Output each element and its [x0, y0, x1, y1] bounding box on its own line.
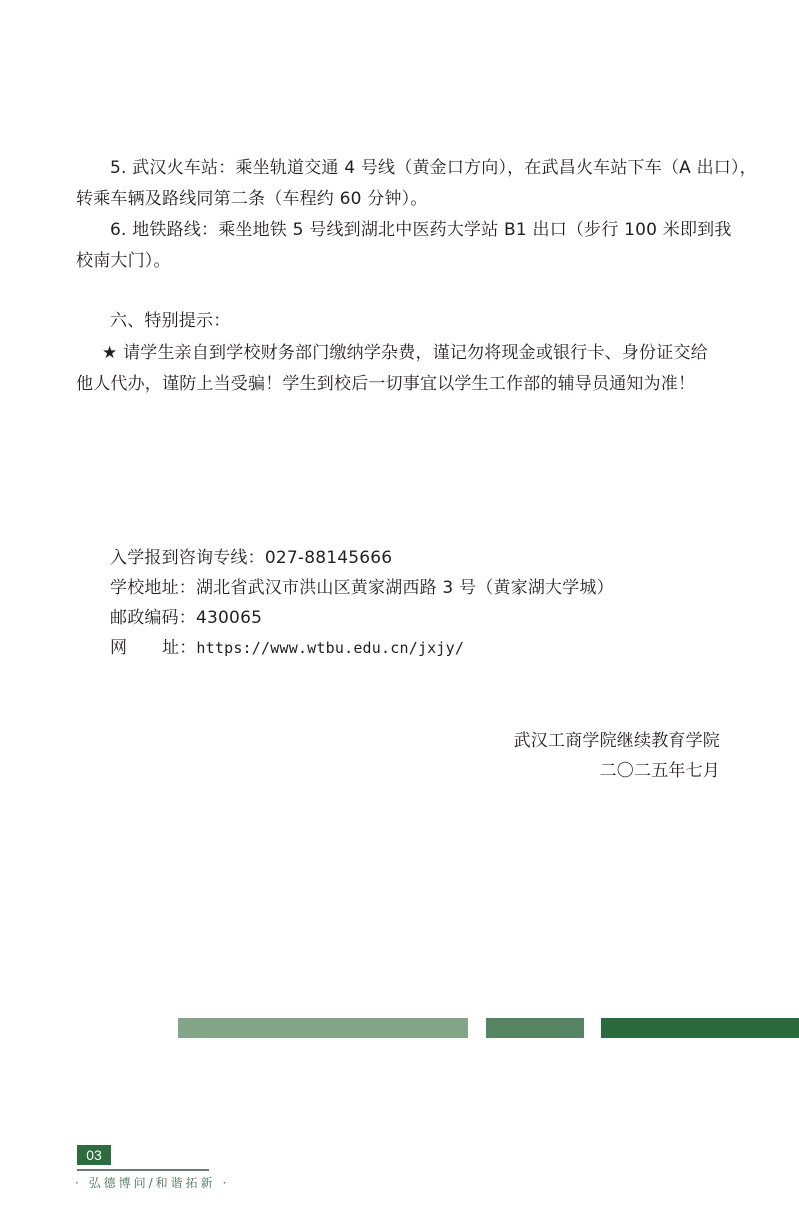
website-label-a: 网: [110, 637, 162, 659]
footer-divider: [77, 1169, 209, 1171]
website-link[interactable]: https://www.wtbu.edu.cn/jxjy/: [196, 639, 464, 657]
notice-heading: 六、特别提示：: [110, 310, 230, 332]
decor-bar-mid: [486, 1018, 584, 1038]
route-6-line2: 校南大门）。: [76, 250, 171, 272]
address: 学校地址：湖北省武汉市洪山区黄家湖西路 3 号（黄家湖大学城）: [110, 577, 614, 599]
postcode-label: 邮政编码：: [110, 608, 196, 628]
signature-date: 二〇二五年七月: [600, 760, 720, 782]
star-icon: ★: [102, 343, 117, 363]
decor-bar-dark: [601, 1018, 799, 1038]
website-label-b: 址：: [162, 638, 196, 658]
route-6-line1: 6. 地铁路线：乘坐地铁 5 号线到湖北中医药大学站 B1 出口（步行 100 …: [110, 219, 732, 241]
footer-motto: · 弘德博问/和谐拓新 ·: [75, 1174, 229, 1191]
route-5-line2: 转乘车辆及路线同第二条（车程约 60 分钟）。: [76, 188, 428, 210]
route-5-line1: 5. 武汉火车站：乘坐轨道交通 4 号线（黄金口方向），在武昌火车站下车（A 出…: [110, 157, 757, 179]
postcode: 邮政编码：430065: [110, 607, 262, 629]
address-label: 学校地址：: [110, 578, 196, 598]
postcode-value: 430065: [196, 608, 262, 628]
hotline-number: 027-88145666: [265, 548, 393, 568]
notice-text-1: 请学生亲自到学校财务部门缴纳学杂费，谨记勿将现金或银行卡、身份证交给: [123, 343, 708, 363]
notice-line1: ★ 请学生亲自到学校财务部门缴纳学杂费，谨记勿将现金或银行卡、身份证交给: [102, 342, 708, 364]
signature-org: 武汉工商学院继续教育学院: [514, 730, 720, 752]
address-value: 湖北省武汉市洪山区黄家湖西路 3 号（黄家湖大学城）: [196, 578, 614, 598]
page-number: 03: [77, 1145, 111, 1165]
hotline: 入学报到咨询专线：027-88145666: [110, 547, 392, 569]
hotline-label: 入学报到咨询专线：: [110, 548, 265, 568]
decor-bar-light: [178, 1018, 468, 1038]
notice-line2: 他人代办，谨防上当受骗！学生到校后一切事宜以学生工作部的辅导员通知为准！: [76, 373, 695, 395]
website: 网址：https://www.wtbu.edu.cn/jxjy/: [110, 637, 464, 659]
